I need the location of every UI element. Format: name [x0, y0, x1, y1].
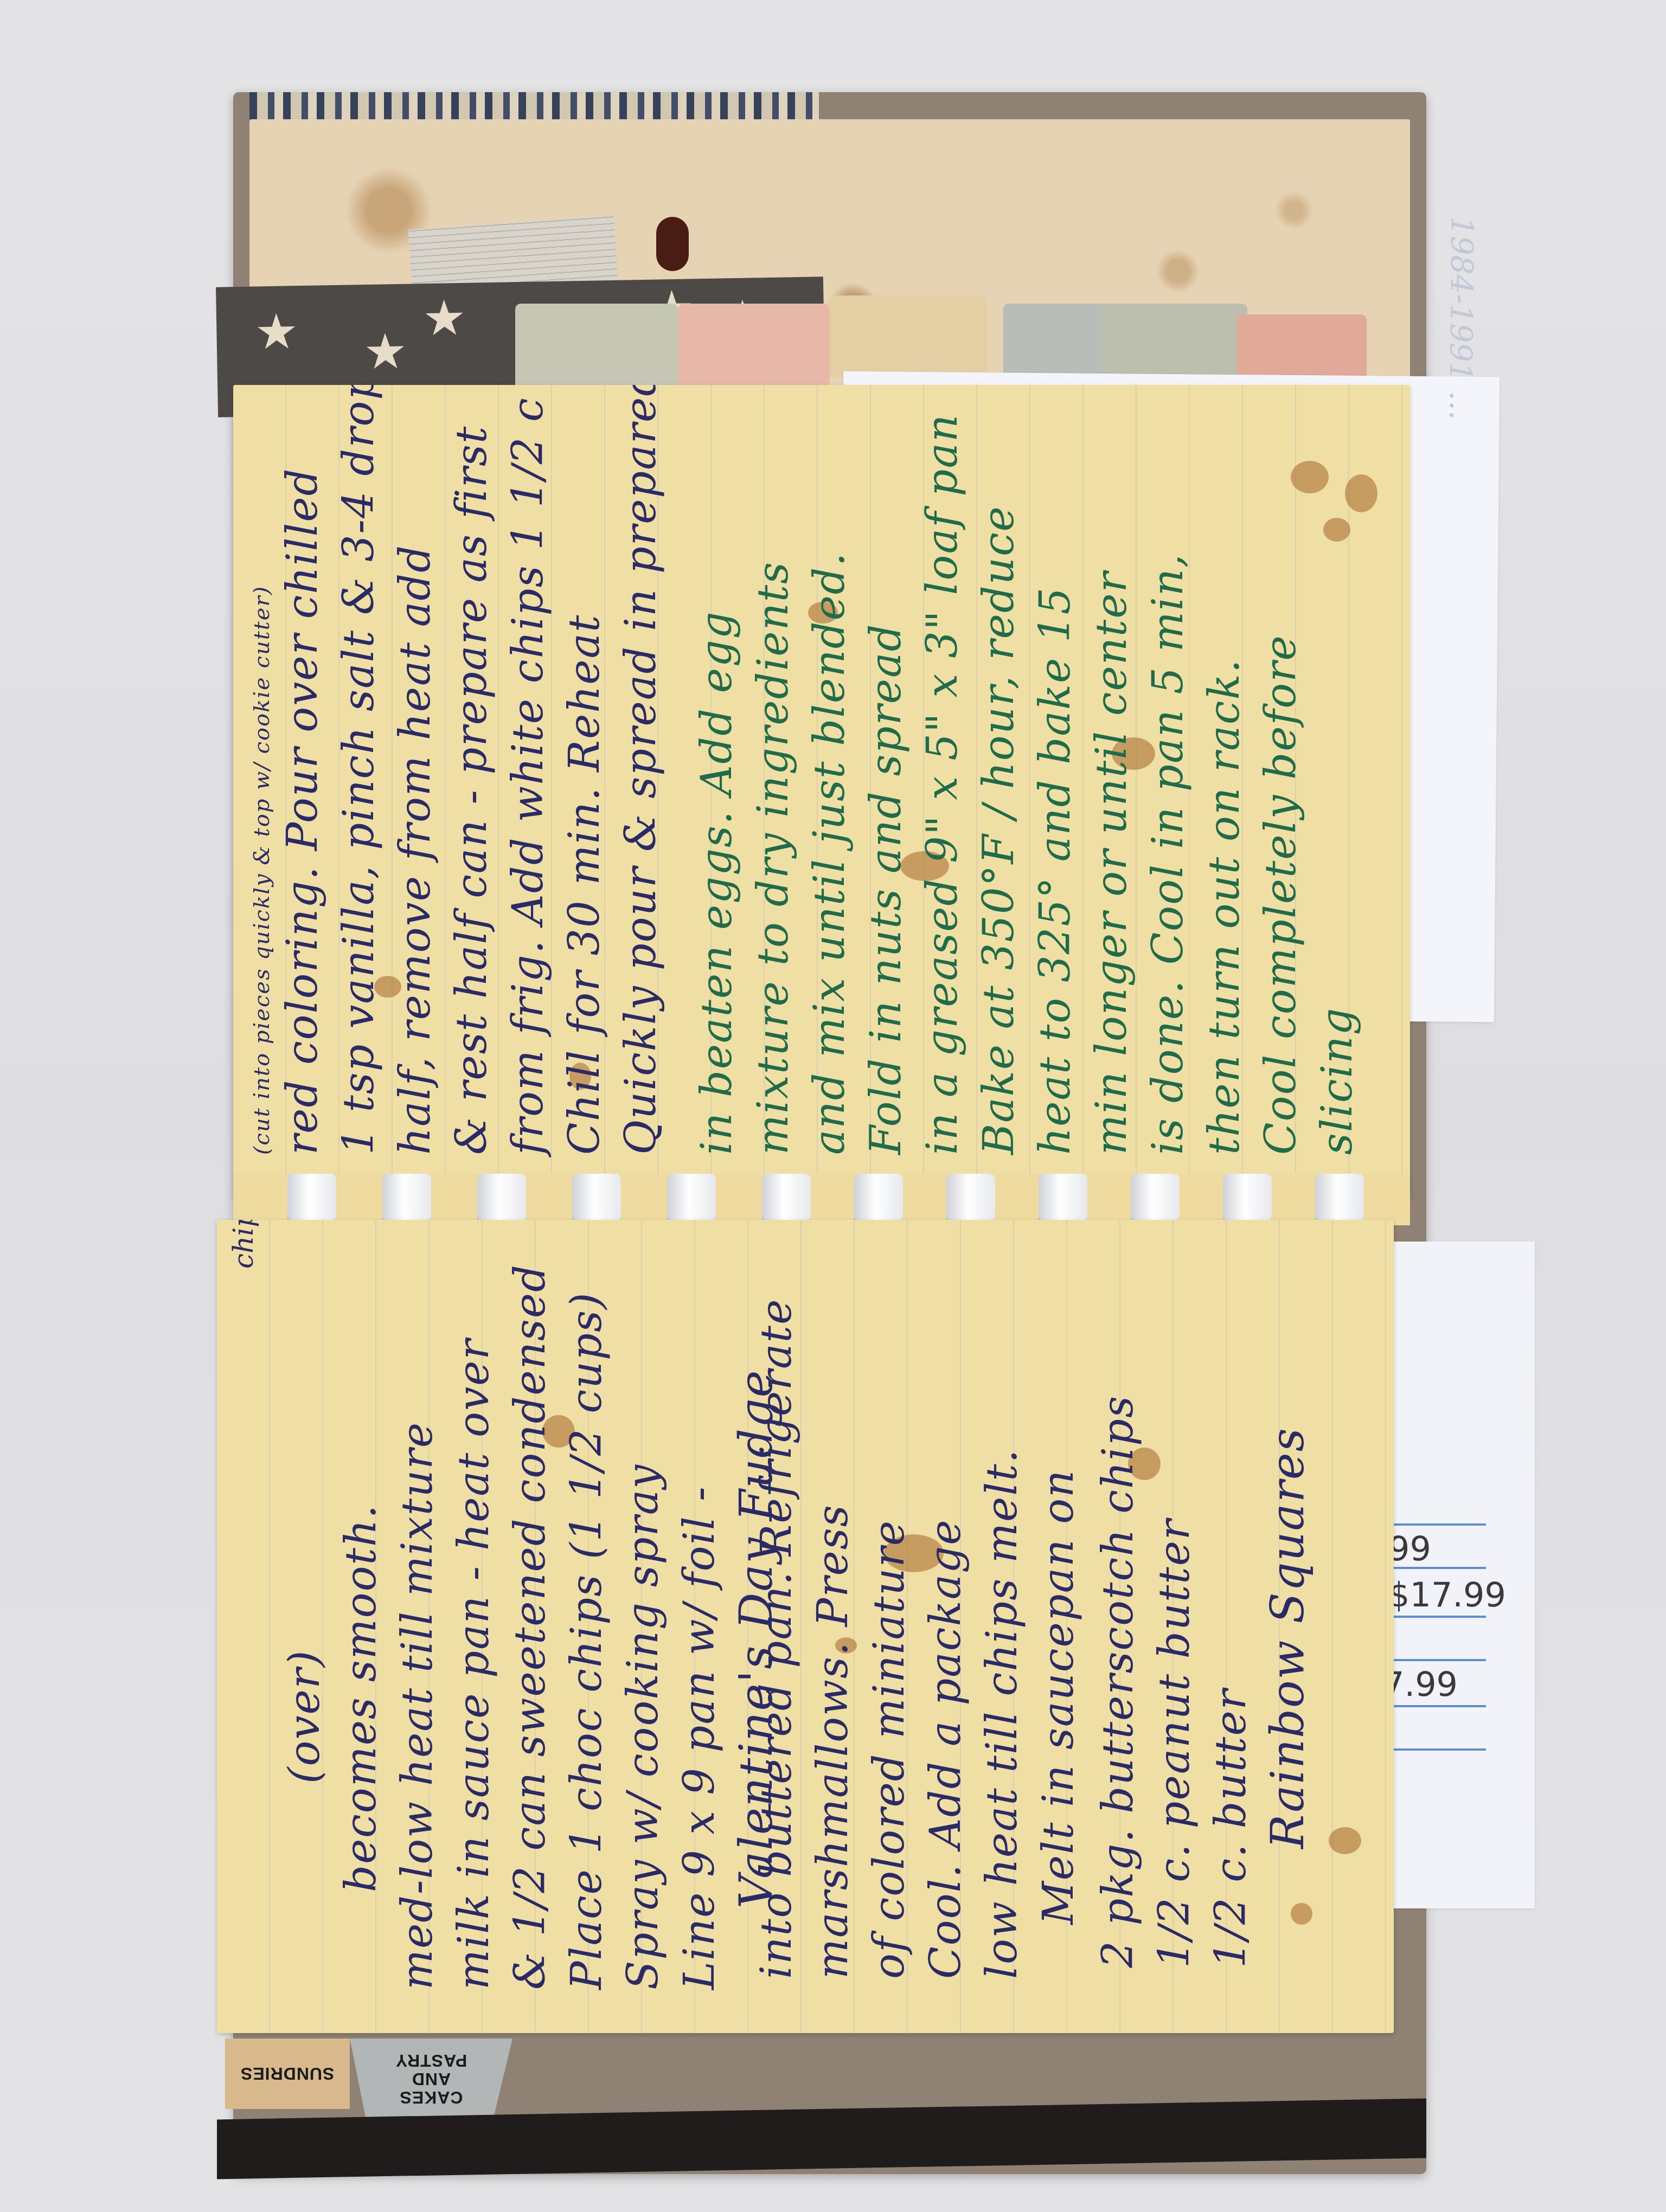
binding-ring: [1315, 1174, 1364, 1225]
handwritten-line: 1 tsp vanilla, pinch salt & 3-4 drops: [331, 385, 387, 1155]
handwritten-line: Cool completely before: [1253, 414, 1309, 1155]
ingredient-line: 1/2 c. peanut butter: [1146, 1395, 1203, 1968]
rainbow-squares-recipe: 2 pkg. butterscotch chips 1/2 c. peanut …: [1090, 1395, 1316, 1968]
top-page-green-text: in beaten eggs. Add egg mixture to dry i…: [689, 414, 1366, 1155]
binding-ring: [762, 1174, 811, 1225]
ingredient-line: 2 pkg. butterscotch chips: [1090, 1395, 1146, 1968]
handwritten-line: Quickly pour & spread in prepared pan: [613, 385, 669, 1155]
tab-label: SUNDRIES: [240, 2065, 334, 2083]
binding-ring: [946, 1174, 995, 1225]
ingredient-line: 1/2 c. butter: [1203, 1395, 1259, 1968]
direction-line: low heat till chips melt.: [974, 1298, 1030, 1979]
fudge-line: Line 9 x 9 pan w/ foil -: [671, 1264, 728, 1990]
binding-ring: [572, 1174, 621, 1225]
direction-line: Cool. Add a package: [918, 1298, 974, 1979]
index-tab-1[interactable]: [515, 304, 678, 385]
recipe-title: Valentine's Day Fudge: [728, 1264, 784, 1990]
handwritten-line: heat to 325° and bake 15: [1027, 414, 1084, 1155]
handwritten-line: in a greased 9" x 5" x 3" loaf pan: [914, 414, 971, 1155]
handwritten-line: Bake at 350°F / hour, reduce: [971, 414, 1027, 1155]
price-value: $17.99: [1388, 1575, 1506, 1615]
index-tab-5[interactable]: [1101, 304, 1247, 385]
handwritten-line: Fold in nuts and spread: [858, 414, 914, 1155]
fudge-line: & 1/2 can sweetened condensed: [502, 1264, 559, 1990]
binding-ring: [1131, 1174, 1180, 1225]
fudge-line: Spray w/ cooking spray: [615, 1264, 671, 1990]
handwritten-line: in beaten eggs. Add egg: [689, 414, 745, 1155]
price-value: 7.99: [1383, 1664, 1458, 1704]
binding-ring: [382, 1174, 431, 1225]
binding-ring: [477, 1174, 526, 1225]
direction-line: Melt in saucepan on: [1030, 1298, 1087, 1979]
recipe-title: Rainbow Squares: [1259, 1395, 1316, 1968]
price-slip: 99 $17.99 7.99: [1377, 1242, 1535, 1908]
tab-label: CAKES AND PASTRY: [393, 2052, 469, 2107]
handwritten-line: min longer or until center: [1084, 414, 1140, 1155]
fudge-line: med-low heat till mixture: [389, 1264, 446, 1990]
handwritten-line: & rest half can - prepare as first: [444, 385, 500, 1155]
price-value: 99: [1388, 1529, 1431, 1568]
index-tab-2[interactable]: [678, 304, 830, 385]
handwritten-line: from frig. Add white chips 1 1/2 c: [500, 385, 556, 1155]
fudge-line: becomes smooth.: [333, 1264, 389, 1990]
index-tab-sundries[interactable]: SUNDRIES: [225, 2039, 350, 2109]
binding-ring: [1039, 1174, 1087, 1225]
recipe-page-top: in beaten eggs. Add egg mixture to dry i…: [233, 385, 1410, 1198]
rainbow-squares-directions: into buttered pan. Refrigerate marshmall…: [748, 1298, 1087, 1979]
binding-ring: [667, 1174, 716, 1225]
handwritten-line: Chill for 30 min. Reheat: [556, 385, 613, 1155]
index-tab-3[interactable]: [830, 295, 987, 377]
top-page-blue-text: (cut into pieces quickly & top w/ cookie…: [249, 385, 669, 1155]
handwritten-line: and mix until just blended.: [802, 414, 858, 1155]
fudge-line: milk in sauce pan - heat over: [446, 1264, 502, 1990]
binding-ring: [1223, 1174, 1272, 1225]
index-tab-cakes-pastry[interactable]: CAKES AND PASTRY: [350, 2039, 512, 2120]
fudge-line: Place 1 choc chips (1 1/2 cups): [559, 1264, 615, 1990]
direction-line: of colored miniature: [861, 1298, 918, 1979]
spiral-binding: [233, 1174, 1410, 1225]
ink-stain: [656, 217, 689, 271]
handwritten-line: half, remove from heat add: [387, 385, 444, 1155]
fudge-line: (over): [277, 1264, 333, 1990]
corner-note: chips: [228, 1220, 259, 1269]
handwritten-line: then turn out on rack.: [1196, 414, 1253, 1155]
handwritten-line: is done. Cool in pan 5 min,: [1140, 414, 1196, 1155]
binding-ring: [854, 1174, 903, 1225]
handwritten-line: mixture to dry ingredients: [745, 414, 802, 1155]
handwritten-line: red coloring. Pour over chilled: [274, 385, 331, 1155]
faint-pencil-text: 1984-1991 ...: [1442, 216, 1479, 420]
valentines-fudge-recipe: (over) becomes smooth. med-low heat till…: [277, 1264, 784, 1990]
recipe-page-bottom: 2 pkg. butterscotch chips 1/2 c. peanut …: [217, 1220, 1394, 2033]
handwritten-line: slicing: [1309, 414, 1366, 1155]
handwritten-line: (cut into pieces quickly & top w/ cookie…: [249, 385, 274, 1155]
binding-ring: [287, 1174, 336, 1225]
direction-line: marshmallows. Press: [805, 1298, 861, 1979]
